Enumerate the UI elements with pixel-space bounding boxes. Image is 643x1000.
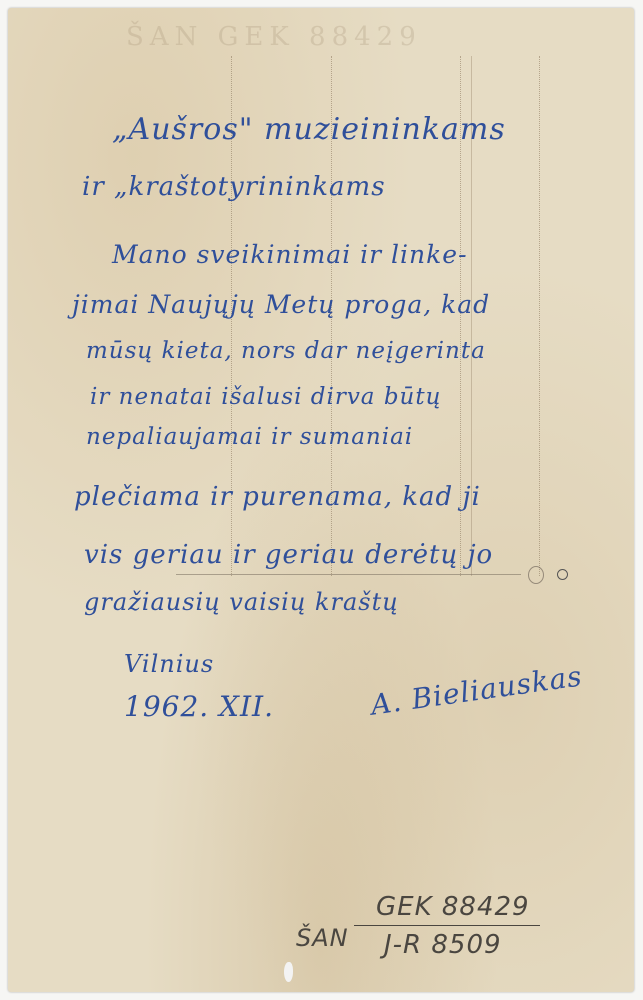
body-line: vis geriau ir geriau derėtų jo (84, 540, 493, 570)
fraction-bar (354, 925, 540, 926)
body-line: Mano sveikinimai ir linke- (112, 240, 468, 269)
body-line: plečiama ir purenama, kad ji (74, 482, 481, 512)
dateline-place: Vilnius (124, 650, 214, 678)
archive-numerator: GEK 88429 (376, 892, 530, 922)
stamp-mark-icon (528, 566, 544, 584)
guide-line (539, 56, 540, 576)
body-line: nepaliaujamai ir sumaniai (86, 424, 413, 450)
archive-prefix: ŠAN (296, 924, 349, 952)
circle-mark-icon (557, 569, 568, 580)
archive-denominator: J-R 8509 (384, 930, 502, 960)
address-line (176, 574, 521, 575)
ghost-imprint: ŠAN GEK 88429 (126, 22, 422, 52)
body-line: gražiausių vaisių kraštų (84, 588, 399, 616)
body-line: ir nenatai išalusi dirva būtų (90, 384, 441, 410)
greeting-line-1: „Aušros" muzieininkams (112, 112, 506, 147)
body-line: mūsų kieta, nors dar neįgerinta (86, 338, 486, 364)
greeting-line-2: ir „kraštotyrininkams (82, 172, 386, 202)
dateline-date: 1962. XII. (124, 690, 274, 723)
paper-tear (284, 962, 293, 982)
body-line: jimai Naujųjų Metų proga, kad (72, 290, 490, 319)
